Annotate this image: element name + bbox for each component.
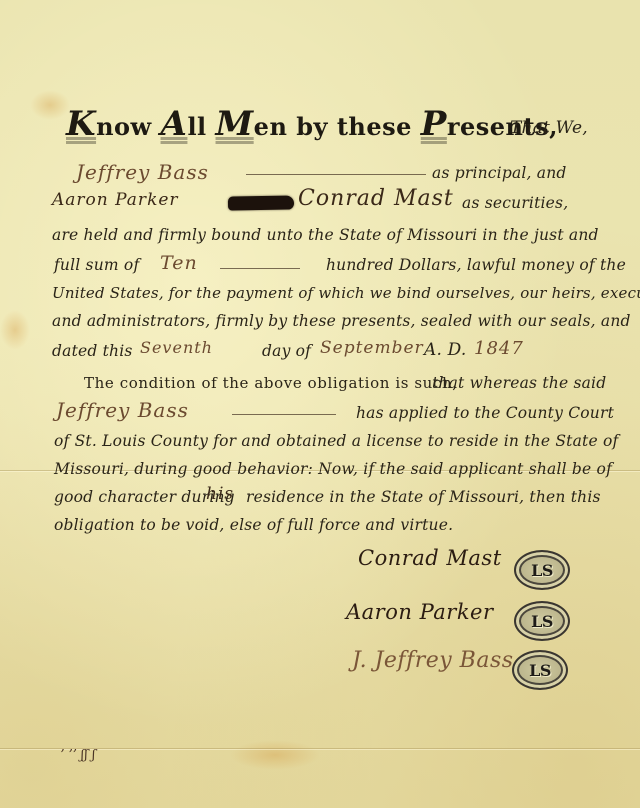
handwritten-amount: Ten — [160, 252, 198, 274]
printed-text: A. D. — [424, 340, 467, 360]
line-bound: are held and firmly bound unto the State… — [0, 224, 640, 254]
printed-text: dated this — [52, 342, 133, 360]
blank-rule — [232, 414, 336, 415]
printed-text: United States, for the payment of which … — [52, 284, 640, 302]
printed-text: has applied to the County Court — [356, 404, 614, 422]
handwritten-day: Seventh — [140, 338, 213, 357]
printed-text: as securities, — [462, 194, 568, 212]
line-county: of St. Louis County for and obtained a l… — [0, 428, 640, 458]
line-applicant: Jeffrey Bass has applied to the County C… — [0, 398, 640, 428]
seal-2: LS — [514, 601, 570, 641]
printed-text: full sum of — [54, 256, 139, 274]
line-united-states: United States, for the payment of which … — [0, 280, 640, 310]
line-principal: Jeffrey Bass as principal, and — [0, 158, 640, 188]
printed-text: that whereas the said — [432, 374, 606, 392]
printed-text: day of — [262, 342, 311, 360]
line-void: obligation to be void, else of full forc… — [0, 512, 640, 542]
seal-1: LS — [514, 550, 570, 590]
seal-3: LS — [512, 650, 568, 690]
bottom-ink-marks: ʼ ʼʼ ʃʃ ʃ — [60, 748, 95, 763]
blank-rule — [220, 268, 300, 269]
fold-line — [0, 748, 640, 749]
line-behavior: Missouri, during good behavior: Now, if … — [0, 456, 640, 486]
line-character: good character during his residence in t… — [0, 484, 640, 514]
handwritten-applicant-name: Jeffrey Bass — [56, 398, 189, 422]
document-paper: Know All Men by these Presents, That We,… — [0, 0, 640, 808]
heading-gothic: Know All Men by these Presents, — [66, 104, 558, 144]
heading-tail: That We, — [510, 118, 588, 138]
line-sum: full sum of Ten hundred Dollars, lawful … — [0, 252, 640, 282]
stain — [230, 740, 320, 770]
printed-text: obligation to be void, else of full forc… — [54, 516, 453, 534]
handwritten-surety-name-1: Aaron Parker — [52, 190, 179, 210]
printed-text: are held and firmly bound unto the State… — [52, 226, 599, 244]
seal-label: LS — [531, 612, 553, 631]
seal-label: LS — [529, 661, 551, 680]
blank-rule — [246, 174, 426, 175]
printed-text: residence in the State of Missouri, then… — [246, 488, 601, 506]
line-securities: Aaron Parker Conrad Mast as securities, — [0, 190, 640, 220]
printed-text: hundred Dollars, lawful money of the — [326, 256, 626, 274]
seal-label: LS — [531, 561, 553, 580]
signature-2: Aaron Parker — [346, 600, 494, 624]
printed-text: of St. Louis County for and obtained a l… — [54, 432, 618, 450]
heading-line: Know All Men by these Presents, That We, — [0, 100, 640, 150]
printed-text: and administrators, firmly by these pres… — [52, 312, 631, 330]
handwritten-year: 1847 — [474, 338, 524, 359]
printed-text: as principal, and — [432, 164, 567, 182]
handwritten-pronoun: his — [206, 484, 234, 504]
line-dated: dated this Seventh day of September A. D… — [0, 336, 640, 366]
printed-text: The condition of the above obligation is… — [84, 374, 458, 392]
handwritten-surety-name-2: Conrad Mast — [298, 186, 454, 211]
handwritten-principal-name: Jeffrey Bass — [76, 160, 209, 184]
redacted-name — [228, 195, 294, 210]
signature-1: Conrad Mast — [358, 546, 502, 570]
signature-3: J. Jeffrey Bass — [352, 648, 514, 673]
line-administrators: and administrators, firmly by these pres… — [0, 308, 640, 338]
handwritten-month: September — [320, 338, 424, 358]
line-condition: The condition of the above obligation is… — [0, 370, 640, 400]
printed-text: Missouri, during good behavior: Now, if … — [54, 460, 612, 478]
